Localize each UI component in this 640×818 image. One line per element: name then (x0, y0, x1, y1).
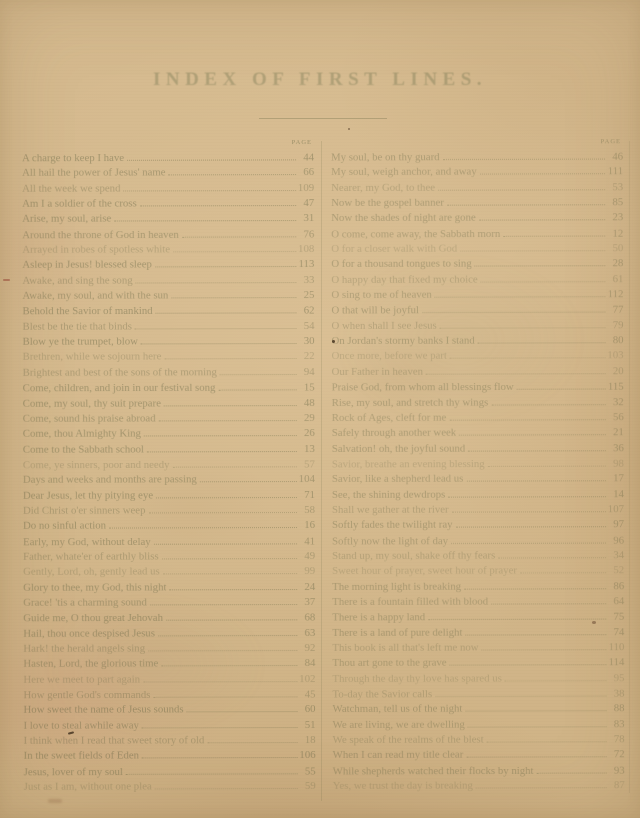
index-entry: Father, whate'er of earthly bliss 49 (23, 550, 315, 566)
entry-page-number: 34 (608, 549, 624, 561)
index-entry: O when shall I see Jesus 79 (331, 319, 623, 335)
index-entry: When I can read my title clear 72 (333, 749, 625, 765)
entry-page-number: 95 (608, 672, 624, 684)
entry-page-number: 77 (607, 304, 623, 316)
entry-dot-leader (537, 772, 607, 773)
entry-page-number: 50 (607, 242, 623, 254)
index-entries-right: My soul, be on thy guard 46 My soul, wei… (331, 150, 625, 795)
entry-first-line: How sweet the name of Jesus sounds (23, 704, 183, 716)
entry-page-number: 45 (299, 688, 315, 700)
index-entry: There is a happy land 75 (332, 611, 624, 627)
entry-dot-leader (114, 220, 296, 221)
entry-dot-leader (148, 512, 297, 513)
entry-dot-leader (468, 726, 607, 727)
entry-dot-leader (156, 313, 297, 314)
entry-dot-leader (163, 573, 297, 574)
entry-dot-leader (220, 374, 297, 375)
entry-page-number: 12 (607, 227, 623, 239)
entry-page-number: 37 (299, 596, 315, 608)
entry-page-number: 62 (298, 305, 314, 317)
index-entry: Yes, we trust the day is breaking 87 (333, 779, 625, 795)
entry-first-line: Come, sound his praise abroad (23, 412, 156, 424)
entry-page-number: 103 (607, 350, 623, 362)
index-entry: Come, sound his praise abroad 29 (23, 412, 315, 428)
index-column-left: PAGE A charge to keep I have 44 All hail… (22, 139, 316, 796)
entry-page-number: 72 (609, 749, 625, 761)
entry-page-number: 61 (607, 273, 623, 285)
index-entry: Softly fades the twilight ray 97 (332, 518, 624, 534)
entry-first-line: Days and weeks and months are passing (23, 474, 197, 486)
entry-page-number: 63 (299, 627, 315, 639)
entry-dot-leader (466, 480, 606, 481)
entry-page-number: 109 (298, 182, 314, 194)
entry-dot-leader (464, 588, 606, 589)
entry-page-number: 92 (299, 642, 315, 654)
index-entry: How gentle God's commands 45 (23, 688, 315, 704)
index-entry: Early, my God, without delay 41 (23, 535, 315, 551)
index-entry: How sweet the name of Jesus sounds 60 (23, 703, 315, 719)
entry-dot-leader (153, 696, 297, 697)
index-entry: Did Christ o'er sinners weep 58 (23, 504, 315, 520)
entry-dot-leader (109, 527, 297, 528)
entry-dot-leader (435, 696, 606, 697)
entry-first-line: How gentle God's commands (23, 689, 150, 701)
entry-page-number: 80 (608, 334, 624, 346)
entry-dot-leader (142, 757, 297, 758)
entry-dot-leader (148, 650, 297, 651)
index-entry: Grace! 'tis a charming sound 37 (23, 596, 315, 612)
entry-first-line: All hail the power of Jesus' name (22, 167, 166, 179)
entry-first-line: Father, whate'er of earthly bliss (23, 550, 159, 562)
index-entry: O that will be joyful 77 (331, 304, 623, 320)
entry-page-number: 108 (298, 243, 314, 255)
entry-page-number: 68 (299, 612, 315, 624)
entry-dot-leader (505, 680, 607, 681)
index-entry: Come to the Sabbath school 13 (23, 443, 315, 459)
entry-first-line: Awake, and sing the song (22, 274, 132, 286)
entry-first-line: Salvation! oh, the joyful sound (332, 442, 465, 454)
entry-dot-leader (140, 205, 296, 206)
paper-smudge (48, 799, 62, 803)
entry-dot-leader (173, 251, 296, 252)
entry-first-line: Arrayed in robes of spotless white (22, 243, 170, 255)
index-entry: Guide me, O thou great Jehovah 68 (23, 612, 315, 628)
page-title: INDEX OF FIRST LINES. (0, 69, 640, 91)
entry-first-line: Savior, breathe an evening blessing (332, 458, 485, 470)
entry-dot-leader (481, 281, 606, 282)
entry-dot-leader (466, 757, 606, 758)
entry-page-number: 20 (608, 365, 624, 377)
entry-dot-leader (422, 312, 605, 313)
index-column-right: PAGE My soul, be on thy guard 46 My soul… (331, 138, 625, 795)
entry-page-number: 17 (608, 472, 624, 484)
index-entry: O sing to me of heaven 112 (331, 288, 623, 304)
index-entry: All hail the power of Jesus' name 66 (22, 166, 314, 182)
entry-page-number: 93 (609, 764, 625, 776)
entry-dot-leader (150, 604, 297, 605)
index-entry: Savior, breathe an evening blessing 98 (332, 457, 624, 473)
entry-dot-leader (136, 282, 297, 283)
index-entry: Blow ye the trumpet, blow 30 (23, 335, 315, 351)
index-entry: Dear Jesus, let thy pitying eye 71 (23, 489, 315, 505)
entry-first-line: See, the shining dewdrops (332, 488, 445, 500)
index-entry: The morning light is breaking 86 (332, 580, 624, 596)
entry-first-line: Shall we gather at the river (332, 504, 449, 516)
entry-dot-leader (158, 635, 297, 636)
index-entry: Now the shades of night are gone 23 (331, 212, 623, 228)
entry-first-line: Safely through another week (332, 427, 456, 439)
index-entry: Safely through another week 21 (332, 426, 624, 442)
entry-first-line: There is a happy land (332, 611, 425, 623)
entry-dot-leader (166, 620, 297, 621)
entry-dot-leader (465, 634, 606, 635)
index-entry: Watchman, tell us of the night 88 (332, 703, 624, 719)
entry-dot-leader (482, 649, 607, 650)
entry-dot-leader (451, 542, 606, 543)
index-entry: Brightest and best of the sons of the mo… (23, 366, 315, 382)
entry-dot-leader (154, 543, 297, 544)
entry-first-line: Rise, my soul, and stretch thy wings (332, 396, 489, 408)
index-entry: Gently, Lord, oh, gently lead us 99 (23, 565, 315, 581)
entry-first-line: Savior, like a shepherd lead us (332, 473, 464, 485)
entry-page-number: 84 (299, 657, 315, 669)
index-entry: Just as I am, without one plea 59 (24, 780, 316, 796)
entry-first-line: Sweet hour of prayer, sweet hour of pray… (332, 565, 517, 577)
index-entry: Asleep in Jesus! blessed sleep 113 (22, 258, 314, 274)
entry-page-number: 106 (299, 749, 315, 761)
entry-dot-leader (170, 589, 298, 590)
entry-dot-leader (487, 741, 607, 742)
index-entry: Come, ye sinners, poor and needy 57 (23, 458, 315, 474)
entry-dot-leader (468, 450, 606, 451)
index-entry: Hail, thou once despised Jesus 63 (23, 627, 315, 643)
entry-first-line: O for a thousand tongues to sing (331, 258, 471, 270)
index-entry: Behold the Savior of mankind 62 (22, 305, 314, 321)
entry-page-number: 30 (299, 335, 315, 347)
index-entries-left: A charge to keep I have 44 All hail the … (22, 151, 316, 796)
entry-first-line: Yes, we trust the day is breaking (333, 780, 473, 792)
entry-first-line: Dear Jesus, let thy pitying eye (23, 489, 153, 501)
entry-dot-leader (207, 742, 297, 743)
entry-page-number: 23 (607, 212, 623, 224)
entry-dot-leader (142, 727, 298, 728)
entry-dot-leader (127, 159, 296, 160)
index-entry: Come, children, and join in our festival… (23, 381, 315, 397)
index-entry: Awake, my soul, and with the sun 25 (22, 289, 314, 305)
entry-dot-leader (123, 190, 295, 191)
entry-dot-leader (498, 557, 606, 558)
entry-page-number: 86 (608, 580, 624, 592)
entry-page-number: 48 (299, 397, 315, 409)
entry-dot-leader (155, 788, 298, 789)
paper-speck (348, 128, 350, 130)
entry-first-line: Brightest and best of the sons of the mo… (23, 366, 217, 379)
entry-first-line: Around the throne of God in heaven (22, 228, 179, 240)
entry-first-line: Come to the Sabbath school (23, 443, 144, 455)
entry-page-number: 78 (609, 733, 625, 745)
entry-first-line: Watchman, tell us of the night (332, 703, 462, 715)
index-entry: While shepherds watched their flocks by … (333, 764, 625, 780)
entry-first-line: In the sweet fields of Eden (24, 750, 139, 762)
entry-first-line: Glory to thee, my God, this night (23, 581, 166, 593)
entry-page-number: 16 (299, 519, 315, 531)
entry-dot-leader (480, 174, 605, 175)
index-entry: I think when I read that sweet story of … (24, 734, 316, 750)
index-entry: Awake, and sing the song 33 (22, 274, 314, 290)
index-entry: Softly now the light of day 96 (332, 534, 624, 550)
entry-dot-leader (491, 603, 606, 604)
entry-first-line: Softly now the light of day (332, 535, 448, 547)
entry-dot-leader (475, 266, 606, 267)
entry-first-line: Awake, my soul, and with the sun (22, 289, 168, 301)
entry-page-number: 51 (300, 719, 316, 731)
entry-dot-leader (144, 435, 297, 436)
index-entry: See, the shining dewdrops 14 (332, 488, 624, 504)
entry-page-number: 21 (608, 426, 624, 438)
entry-page-number: 38 (608, 688, 624, 700)
entry-first-line: Early, my God, without delay (23, 535, 151, 547)
entry-dot-leader (478, 342, 606, 343)
entry-dot-leader (465, 711, 606, 712)
page-column-label-right: PAGE (331, 138, 623, 151)
entry-dot-leader (488, 465, 606, 466)
index-entry: My soul, weigh anchor, and away 111 (331, 166, 623, 182)
entry-first-line: Softly fades the twilight ray (332, 519, 453, 531)
entry-page-number: 60 (299, 703, 315, 715)
entry-first-line: Our Father in heaven (332, 366, 423, 378)
index-entry: Nearer, my God, to thee 53 (331, 181, 623, 197)
entry-page-number: 94 (299, 366, 315, 378)
entry-first-line: Come, thou Almighty King (23, 428, 141, 440)
paper-speck (3, 279, 10, 281)
entry-page-number: 46 (607, 151, 623, 163)
entry-page-number: 13 (299, 443, 315, 455)
entry-dot-leader (428, 619, 606, 620)
entry-first-line: Rock of Ages, cleft for me (332, 412, 447, 424)
index-entry: Praise God, from whom all blessings flow… (332, 381, 624, 397)
entry-first-line: Stand up, my soul, shake off thy fears (332, 549, 495, 561)
entry-page-number: 59 (300, 780, 316, 792)
entry-dot-leader (169, 174, 297, 175)
index-entry: There is a land of pure delight 74 (332, 626, 624, 642)
entry-first-line: O for a closer walk with God (331, 243, 457, 255)
entry-page-number: 74 (608, 626, 624, 638)
index-entry: Now be the gospel banner 85 (331, 196, 623, 212)
entry-page-number: 75 (608, 611, 624, 623)
entry-first-line: This book is all that's left me now (332, 642, 478, 654)
entry-page-number: 102 (299, 673, 315, 685)
index-entry: We speak of the realms of the blest 78 (333, 733, 625, 749)
index-entry: Glory to thee, my God, this night 24 (23, 581, 315, 597)
entry-first-line: I love to steal awhile away (24, 719, 139, 731)
entry-page-number: 83 (609, 718, 625, 730)
entry-page-number: 28 (607, 258, 623, 270)
entry-dot-leader (449, 419, 605, 420)
entry-first-line: O when shall I see Jesus (331, 319, 436, 331)
page-column-label-left: PAGE (22, 139, 314, 152)
index-entry: Savior, like a shepherd lead us 17 (332, 472, 624, 488)
entry-dot-leader (426, 373, 606, 374)
entry-dot-leader (459, 434, 606, 435)
entry-page-number: 15 (299, 381, 315, 393)
entry-page-number: 113 (298, 258, 314, 270)
entry-page-number: 18 (300, 734, 316, 746)
entry-first-line: My soul, be on thy guard (331, 151, 440, 163)
index-entry: Shall we gather at the river 107 (332, 503, 624, 519)
entry-page-number: 53 (607, 181, 623, 193)
entry-dot-leader (218, 390, 296, 391)
index-entry: Come, thou Almighty King 26 (23, 427, 315, 443)
index-entry: Once more, before we part 103 (332, 350, 624, 366)
entry-first-line: To-day the Savior calls (332, 688, 432, 700)
entry-dot-leader (155, 266, 296, 267)
entry-first-line: We are living, we are dwelling (333, 718, 465, 730)
entry-dot-leader (450, 665, 607, 666)
entry-first-line: Grace! 'tis a charming sound (23, 596, 147, 608)
entry-page-number: 111 (607, 166, 623, 178)
entry-page-number: 31 (298, 212, 314, 224)
entry-dot-leader (479, 220, 605, 221)
index-entry: Am I a soldier of the cross 47 (22, 197, 314, 213)
entry-first-line: When I can read my title clear (333, 749, 464, 761)
entry-dot-leader (143, 681, 297, 682)
entry-dot-leader (435, 296, 606, 297)
index-entry: A charge to keep I have 44 (22, 151, 314, 167)
entry-page-number: 14 (608, 488, 624, 500)
entry-page-number: 115 (608, 381, 624, 393)
entry-page-number: 114 (608, 657, 624, 669)
book-page: INDEX OF FIRST LINES. PAGE A charge to k… (0, 0, 640, 818)
index-entry: My soul, be on thy guard 46 (331, 151, 623, 167)
entry-first-line: On Jordan's stormy banks I stand (332, 335, 475, 347)
entry-page-number: 58 (299, 504, 315, 516)
index-entry: There is a fountain filled with blood 64 (332, 595, 624, 611)
index-entry: In the sweet fields of Eden 106 (24, 749, 316, 765)
right-margin-rule (629, 141, 630, 793)
index-entry: All the week we spend 109 (22, 182, 314, 198)
entry-first-line: There is a land of pure delight (332, 626, 462, 638)
index-entry: O for a closer walk with God 50 (331, 242, 623, 258)
entry-dot-leader (200, 481, 297, 482)
index-entry: I love to steal awhile away 51 (24, 719, 316, 735)
entry-page-number: 97 (608, 518, 624, 530)
entry-first-line: Gently, Lord, oh, gently lead us (23, 566, 160, 578)
entry-dot-leader (164, 405, 297, 406)
index-entry: Do no sinful action 16 (23, 519, 315, 535)
entry-dot-leader (456, 527, 606, 528)
entry-dot-leader (503, 235, 605, 236)
index-entry: Arise, my soul, arise 31 (22, 212, 314, 228)
entry-page-number: 47 (298, 197, 314, 209)
entry-page-number: 54 (298, 320, 314, 332)
entry-first-line: Arise, my soul, arise (22, 213, 111, 225)
index-entry: Our Father in heaven 20 (332, 365, 624, 381)
entry-dot-leader (491, 404, 605, 405)
index-entry: Hark! the herald angels sing 92 (23, 642, 315, 658)
index-entry: Hasten, Lord, the glorious time 84 (23, 657, 315, 673)
entry-first-line: O happy day that fixed my choice (331, 273, 477, 285)
index-entry: Brethren, while we sojourn here 22 (23, 350, 315, 366)
entry-dot-leader (171, 297, 296, 298)
index-columns: PAGE A charge to keep I have 44 All hail… (0, 138, 640, 140)
entry-first-line: Behold the Savior of mankind (22, 305, 152, 317)
entry-page-number: 71 (299, 489, 315, 501)
entry-dot-leader (520, 573, 606, 574)
entry-first-line: Praise God, from whom all blessings flow (332, 381, 514, 393)
index-entry: Here we meet to part again 102 (23, 673, 315, 689)
entry-page-number: 29 (299, 412, 315, 424)
entry-first-line: Jesus, lover of my soul (24, 766, 123, 778)
entry-page-number: 76 (298, 228, 314, 240)
entry-page-number: 98 (608, 457, 624, 469)
entry-first-line: Did Christ o'er sinners weep (23, 504, 146, 516)
entry-page-number: 96 (608, 534, 624, 546)
entry-first-line: Now the shades of night are gone (331, 212, 476, 224)
entry-page-number: 52 (608, 564, 624, 576)
entry-dot-leader (172, 466, 296, 467)
entry-first-line: Do no sinful action (23, 520, 106, 532)
entry-first-line: Now be the gospel banner (331, 197, 444, 209)
entry-page-number: 110 (608, 641, 624, 653)
entry-first-line: Asleep in Jesus! blessed sleep (22, 259, 152, 271)
entry-first-line: While shepherds watched their flocks by … (333, 764, 534, 777)
entry-page-number: 87 (609, 779, 625, 791)
entry-dot-leader (443, 159, 605, 160)
index-entry: Come, my soul, thy suit prepare 48 (23, 397, 315, 413)
entry-dot-leader (159, 420, 297, 421)
entry-dot-leader (141, 343, 297, 344)
entry-first-line: There is a fountain filled with blood (332, 596, 488, 608)
entry-dot-leader (161, 665, 297, 666)
entry-dot-leader (448, 496, 606, 497)
index-entry: Rise, my soul, and stretch thy wings 32 (332, 396, 624, 412)
entry-dot-leader (452, 511, 606, 512)
index-entry: O happy day that fixed my choice 61 (331, 273, 623, 289)
entry-dot-leader (450, 358, 605, 359)
entry-page-number: 88 (608, 703, 624, 715)
entry-first-line: I think when I read that sweet story of … (24, 734, 205, 746)
entry-first-line: Am I a soldier of the cross (22, 198, 137, 210)
entry-first-line: Come, my soul, thy suit prepare (23, 397, 161, 409)
entry-page-number: 36 (608, 442, 624, 454)
index-entry: Arrayed in robes of spotless white 108 (22, 243, 314, 259)
entry-page-number: 24 (299, 581, 315, 593)
entry-page-number: 33 (298, 274, 314, 286)
entry-first-line: A charge to keep I have (22, 152, 124, 164)
entry-page-number: 56 (608, 411, 624, 423)
entry-dot-leader (162, 558, 297, 559)
entry-dot-leader (460, 250, 605, 251)
index-entry: O for a thousand tongues to sing 28 (331, 258, 623, 274)
entry-first-line: Come, children, and join in our festival… (23, 382, 216, 395)
entry-first-line: Hark! the herald angels sing (23, 642, 145, 654)
entry-page-number: 55 (300, 765, 316, 777)
entry-first-line: Guide me, O thou great Jehovah (23, 612, 163, 624)
entry-page-number: 26 (299, 427, 315, 439)
entry-first-line: My soul, weigh anchor, and away (331, 166, 477, 178)
entry-first-line: O sing to me of heaven (331, 289, 431, 301)
entry-page-number: 32 (608, 396, 624, 408)
entry-dot-leader (517, 389, 606, 390)
entry-dot-leader (476, 787, 607, 788)
entry-first-line: We speak of the realms of the blest (333, 734, 484, 746)
entry-first-line: The morning light is breaking (332, 580, 461, 592)
index-entry: Sweet hour of prayer, sweet hour of pray… (332, 564, 624, 580)
index-entry: Blest be the tie that binds 54 (22, 320, 314, 336)
entry-page-number: 49 (299, 550, 315, 562)
entry-first-line: Through the day thy love has spared us (332, 672, 501, 684)
index-entry: Thou art gone to the grave 114 (332, 657, 624, 673)
